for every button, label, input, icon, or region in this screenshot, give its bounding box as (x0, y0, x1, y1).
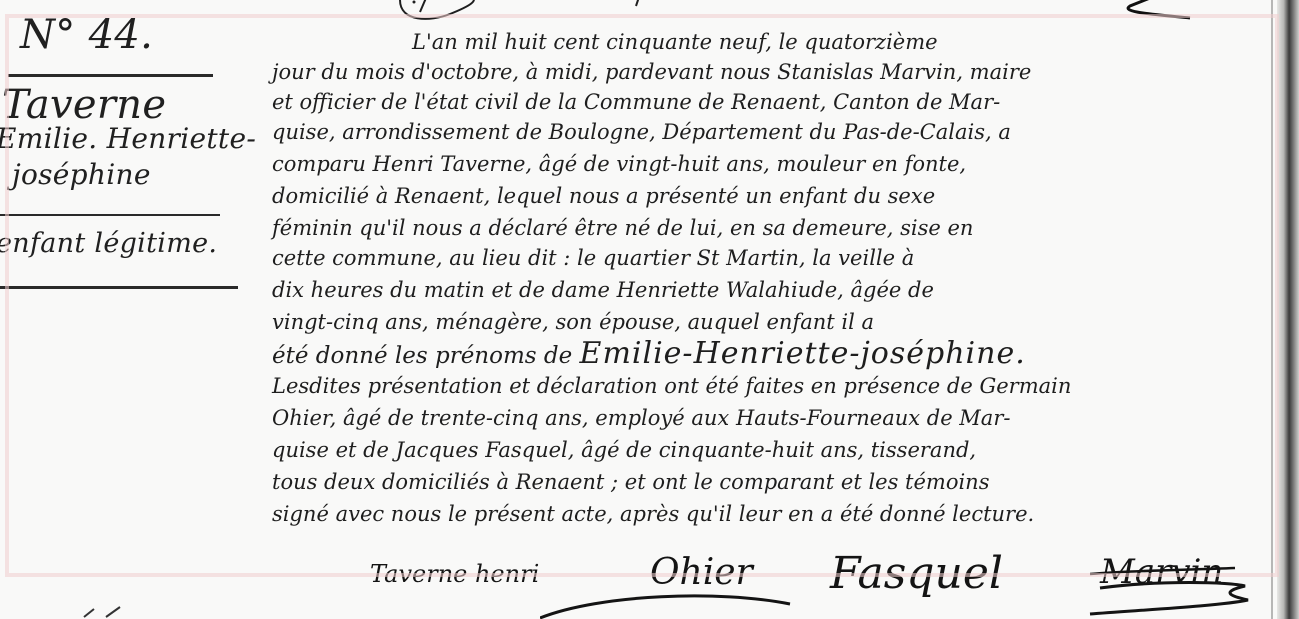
margin-divider-2 (0, 214, 220, 216)
margin-divider-1 (8, 74, 213, 77)
scanned-register-page: N° 44. Taverne Emilie. Henriette- joséph… (0, 0, 1299, 619)
margin-legitimacy-status: enfant légitime. (0, 228, 217, 259)
margin-given-name-2: joséphine (12, 158, 151, 191)
body-line-prefix: été donné les prénoms de (272, 343, 572, 369)
record-number: N° 44. (20, 12, 153, 58)
page-edge-line (1271, 0, 1273, 619)
signature-witness-1: Ohier (650, 552, 753, 593)
register-binding (1277, 0, 1299, 619)
mayor-paraph-icon (1080, 580, 1260, 619)
signature-flourish-icon (540, 590, 800, 619)
body-line: vingt-cinq ans, ménagère, son épouse, au… (272, 310, 874, 334)
body-line: L'an mil huit cent cinquante neuf, le qu… (412, 30, 938, 54)
body-line: comparu Henri Taverne, âgé de vingt-huit… (272, 152, 966, 176)
signature-witness-2: Fasquel (830, 548, 1003, 599)
body-line-names: été donné les prénoms de Emilie-Henriett… (272, 336, 1026, 371)
mayor-underline-icon (1090, 566, 1240, 578)
body-line: domicilié à Renaent, lequel nous a prése… (272, 184, 935, 208)
body-line: Ohier, âgé de trente-cinq ans, employé a… (272, 406, 1010, 430)
body-line: féminin qu'il nous a déclaré être né de … (272, 216, 973, 240)
body-line: tous deux domiciliés à Renaent ; et ont … (272, 470, 989, 494)
body-line: signé avec nous le présent acte, après q… (272, 502, 1034, 526)
body-line: et officier de l'état civil de la Commun… (272, 90, 1000, 114)
next-record-fragment-icon (80, 605, 140, 619)
margin-given-name-1: Emilie. Henriette- (0, 122, 256, 155)
body-line: jour du mois d'octobre, à midi, pardevan… (272, 60, 1031, 84)
body-line: dix heures du matin et de dame Henriette… (272, 278, 934, 302)
margin-divider-3 (0, 286, 238, 289)
top-flourish-icon (390, 0, 1210, 32)
body-line: quise, arrondissement de Boulogne, Dépar… (272, 120, 1011, 144)
body-line: Lesdites présentation et déclaration ont… (272, 374, 1071, 398)
signature-father: Taverne henri (370, 560, 539, 588)
body-line: quise et de Jacques Fasquel, âgé de cinq… (272, 438, 976, 462)
child-full-name: Emilie-Henriette-joséphine. (580, 336, 1026, 371)
body-line: cette commune, au lieu dit : le quartier… (272, 246, 914, 270)
